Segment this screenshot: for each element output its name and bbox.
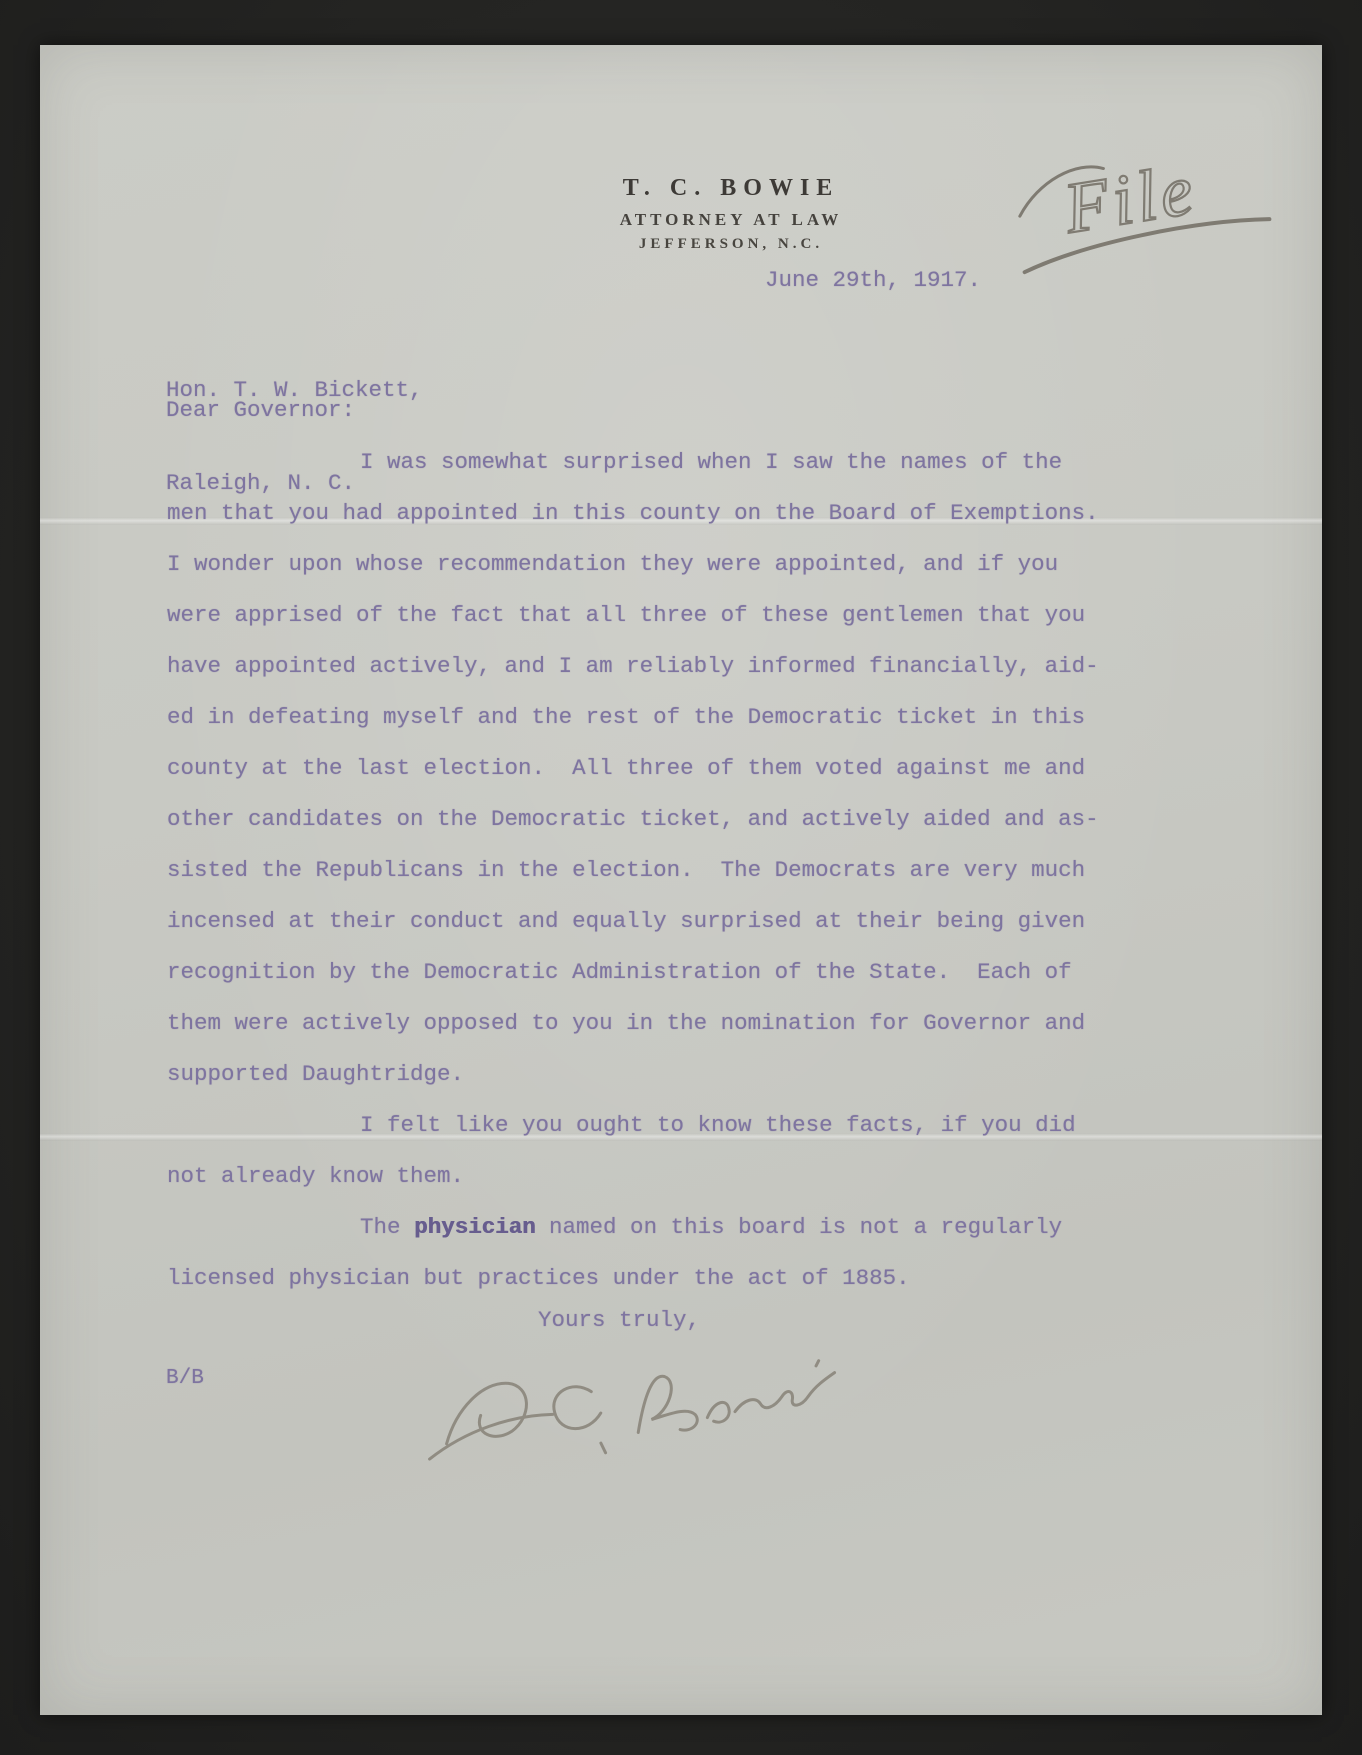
file-annotation-text: File: [1058, 149, 1202, 249]
letterhead-title: ATTORNEY AT LAW: [581, 210, 881, 230]
body-line: have appointed actively, and I am reliab…: [167, 641, 1277, 692]
signature: [415, 1345, 845, 1485]
body-line: recognition by the Democratic Administra…: [167, 947, 1277, 998]
signature-stroke: [634, 1374, 698, 1433]
signature-stroke: [816, 1361, 819, 1366]
body-line: I wonder upon whose recommendation they …: [167, 539, 1277, 590]
letterhead: T. C. BOWIE ATTORNEY AT LAW JEFFERSON, N…: [581, 175, 881, 253]
file-annotation: File: [1015, 123, 1305, 303]
body-line: supported Daughtridge.: [167, 1049, 1277, 1100]
date-line: June 29th, 1917.: [765, 267, 981, 293]
signature-stroke: [733, 1373, 837, 1412]
signature-stroke: [601, 1443, 606, 1453]
valediction: Yours truly,: [538, 1307, 700, 1333]
body-line-segment: The: [360, 1214, 414, 1240]
body-line: county at the last election. All three o…: [167, 743, 1277, 794]
body-line-segment: named on this board is not a regularly: [536, 1214, 1063, 1240]
signature-stroke: [706, 1402, 730, 1423]
signature-stroke: [443, 1382, 529, 1444]
salutation: Dear Governor:: [166, 397, 355, 423]
signature-svg: [415, 1345, 845, 1485]
body-line: them were actively opposed to you in the…: [167, 998, 1277, 1049]
typist-initials: B/B: [166, 1367, 204, 1390]
file-annotation-svg: File: [1015, 123, 1305, 303]
scan-background: T. C. BOWIE ATTORNEY AT LAW JEFFERSON, N…: [0, 0, 1362, 1755]
body-line: not already know them.: [167, 1151, 1277, 1202]
body-line-overstruck-word: physician: [414, 1214, 536, 1240]
body-line: I was somewhat surprised when I saw the …: [360, 437, 1277, 488]
body-line: The physician named on this board is not…: [360, 1202, 1277, 1253]
letterhead-city: JEFFERSON, N.C.: [581, 236, 881, 253]
body-line: sisted the Republicans in the election. …: [167, 845, 1277, 896]
signature-stroke: [553, 1385, 602, 1430]
body-line: I felt like you ought to know these fact…: [360, 1100, 1277, 1151]
body-line: men that you had appointed in this count…: [167, 488, 1277, 539]
body-line: other candidates on the Democratic ticke…: [167, 794, 1277, 845]
letter-body: I was somewhat surprised when I saw the …: [167, 437, 1277, 1304]
body-line: ed in defeating myself and the rest of t…: [167, 692, 1277, 743]
body-line: incensed at their conduct and equally su…: [167, 896, 1277, 947]
body-line: licensed physician but practices under t…: [167, 1253, 1277, 1304]
body-line: were apprised of the fact that all three…: [167, 590, 1277, 641]
letter-paper: T. C. BOWIE ATTORNEY AT LAW JEFFERSON, N…: [40, 45, 1322, 1715]
letterhead-name: T. C. BOWIE: [581, 175, 881, 202]
